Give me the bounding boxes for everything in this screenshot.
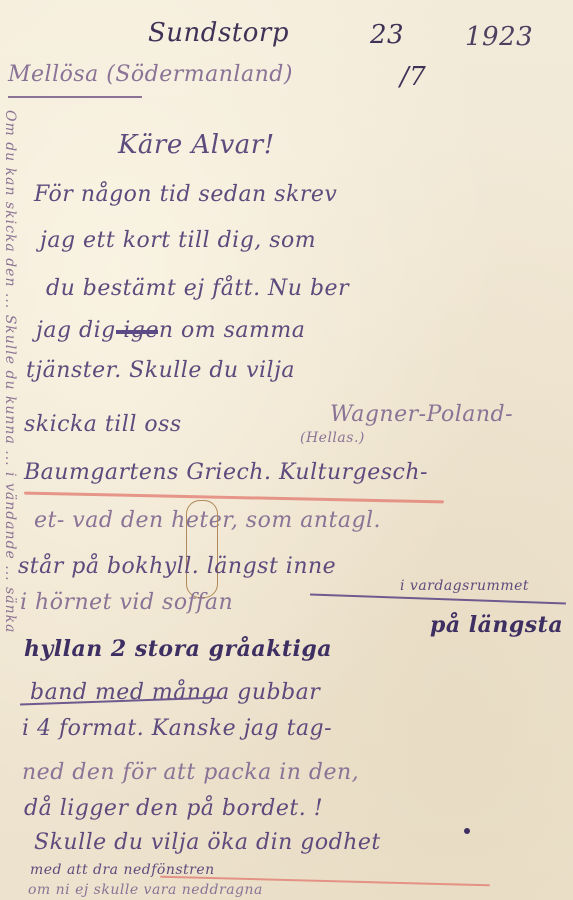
header-year: 1923	[465, 22, 533, 52]
body-line-10: i hörnet vid soffan	[20, 590, 233, 615]
salutation: Käre Alvar!	[118, 130, 275, 160]
strikethrough	[116, 330, 158, 334]
body-line-15: då ligger den på bordet. !	[24, 796, 323, 821]
body-line-7: Baumgartens Griech. Kulturgesch-	[24, 460, 428, 485]
body-line-1: För någon tid sedan skrev	[34, 182, 337, 207]
insert-pa-langsta: på längsta	[430, 612, 563, 638]
body-line-5: tjänster. Skulle du vilja	[26, 358, 295, 383]
red-pencil-underline-1	[24, 492, 444, 504]
body-line-3: du bestämt ej fått. Nu ber	[46, 276, 349, 301]
body-line-13: i 4 format. Kanske jag tag-	[22, 716, 332, 741]
margin-note: Om du kan skicka den ... Skulle du kunna…	[2, 110, 18, 900]
address-underline	[8, 96, 142, 98]
insert-underline	[310, 594, 566, 605]
body-line-16: Skulle du vilja öka din godhet	[34, 830, 381, 855]
body-line-18: om ni ej skulle vara neddragna	[28, 882, 263, 898]
pencil-loop-mark	[186, 500, 218, 598]
insert-vardagsrummet: i vardagsrummet	[400, 578, 529, 594]
body-line-14: ned den för att packa in den,	[22, 760, 359, 785]
body-line-6: skicka till oss	[24, 412, 182, 437]
letter-page: Sundstorp 23 1923 Mellösa (Södermanland)…	[0, 0, 573, 900]
header-month: /7	[400, 62, 426, 92]
insert-hellas: (Hellas.)	[300, 430, 365, 446]
ink-dot	[464, 828, 470, 834]
header-day: 23	[370, 20, 404, 50]
body-line-9: står på bokhyll. längst inne	[18, 554, 336, 579]
header-address: Mellösa (Södermanland)	[8, 62, 293, 87]
header-place: Sundstorp	[148, 18, 289, 48]
body-line-4: jag dig igen om samma	[36, 318, 305, 343]
insert-wagner-poland: Wagner-Poland-	[330, 402, 513, 427]
body-line-2: jag ett kort till dig, som	[40, 228, 316, 253]
body-line-11: hyllan 2 stora gråaktiga	[24, 636, 332, 662]
